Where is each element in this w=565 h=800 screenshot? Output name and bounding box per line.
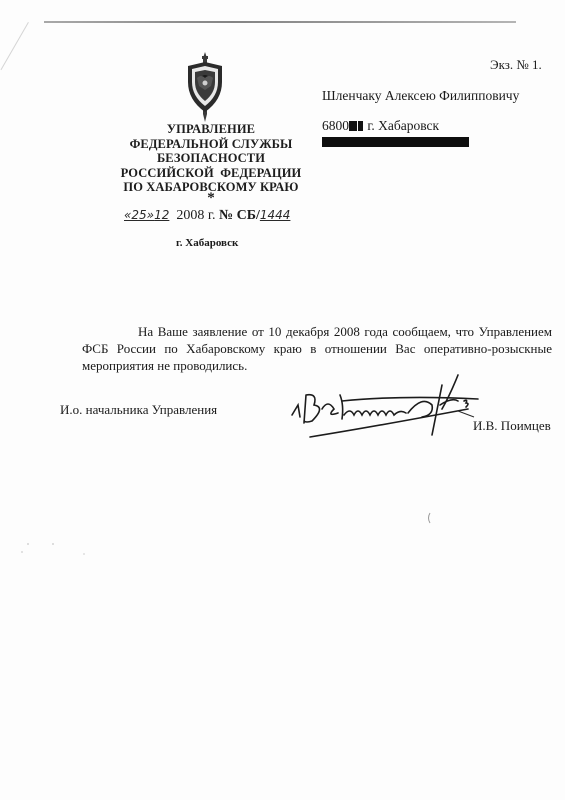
scan-noise bbox=[10, 540, 90, 570]
postal-redaction bbox=[358, 121, 363, 131]
agency-line: УПРАВЛЕНИЕ bbox=[118, 122, 304, 137]
star-mark: * bbox=[203, 190, 219, 206]
reg-number-label: № СБ/ bbox=[219, 208, 260, 223]
agency-line: РОССИЙСКОЙ ФЕДЕРАЦИИ bbox=[118, 166, 304, 181]
agency-name: УПРАВЛЕНИЕ ФЕДЕРАЛЬНОЙ СЛУЖБЫ БЕЗОПАСНОС… bbox=[118, 122, 304, 195]
recipient-name: Шленчаку Алексею Филипповичу bbox=[322, 88, 519, 104]
street-redaction-bar bbox=[322, 137, 469, 147]
postal-city: г. Хабаровск bbox=[367, 118, 439, 133]
recipient-postal-line: 6800 г. Хабаровск bbox=[322, 118, 439, 134]
signatory-title: И.о. начальника Управления bbox=[60, 402, 217, 418]
reg-number: 1444 bbox=[260, 208, 291, 222]
registration-line: «25»12 2008 г. № СБ/1444 bbox=[124, 208, 290, 224]
reg-day: «25» bbox=[124, 208, 154, 222]
reg-year: 2008 г. bbox=[176, 208, 215, 223]
reg-month: 12 bbox=[154, 208, 169, 222]
postal-code-prefix: 6800 bbox=[322, 118, 349, 133]
signatory-name: И.В. Поимцев bbox=[473, 418, 551, 434]
agency-line: ФЕДЕРАЛЬНОЙ СЛУЖБЫ bbox=[118, 137, 304, 152]
fsb-emblem-icon bbox=[184, 52, 226, 122]
scan-edge-line bbox=[44, 21, 516, 23]
postal-redaction bbox=[349, 121, 357, 131]
issuing-city: г. Хабаровск bbox=[176, 237, 238, 249]
scan-speck bbox=[426, 512, 432, 524]
agency-line: БЕЗОПАСНОСТИ bbox=[118, 151, 304, 166]
scan-edge-fold bbox=[1, 22, 29, 70]
copy-number: Экз. № 1. bbox=[490, 57, 542, 73]
document-page: УПРАВЛЕНИЕ ФЕДЕРАЛЬНОЙ СЛУЖБЫ БЕЗОПАСНОС… bbox=[0, 0, 565, 800]
handwritten-signature-icon bbox=[282, 365, 482, 445]
